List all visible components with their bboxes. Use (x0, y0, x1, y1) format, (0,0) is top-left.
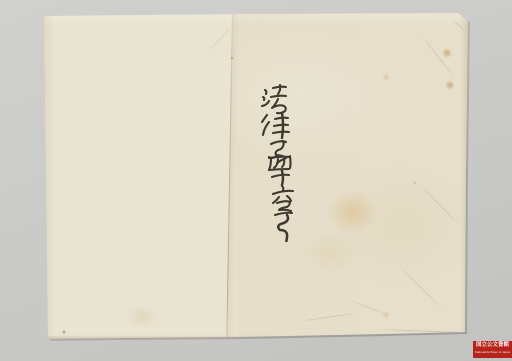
watermark-title: 国立公文書館 (473, 342, 512, 349)
scan-background: 法律第四十六号 国立公文書館 National Archives of Japa… (0, 0, 512, 361)
wrinkle-crease (396, 263, 446, 311)
wrinkle-crease (419, 183, 463, 228)
document-page: 法律第四十六号 (44, 13, 468, 339)
calligraphy-brush-strokes (254, 82, 306, 242)
archives-watermark: 国立公文書館 National Archives of Japan (473, 341, 512, 358)
wrinkle-crease (420, 33, 458, 81)
wrinkle-crease (298, 312, 360, 322)
watermark-subtitle: National Archives of Japan (473, 350, 512, 354)
wrinkle-crease (452, 18, 465, 31)
center-fold-shading (227, 11, 240, 343)
